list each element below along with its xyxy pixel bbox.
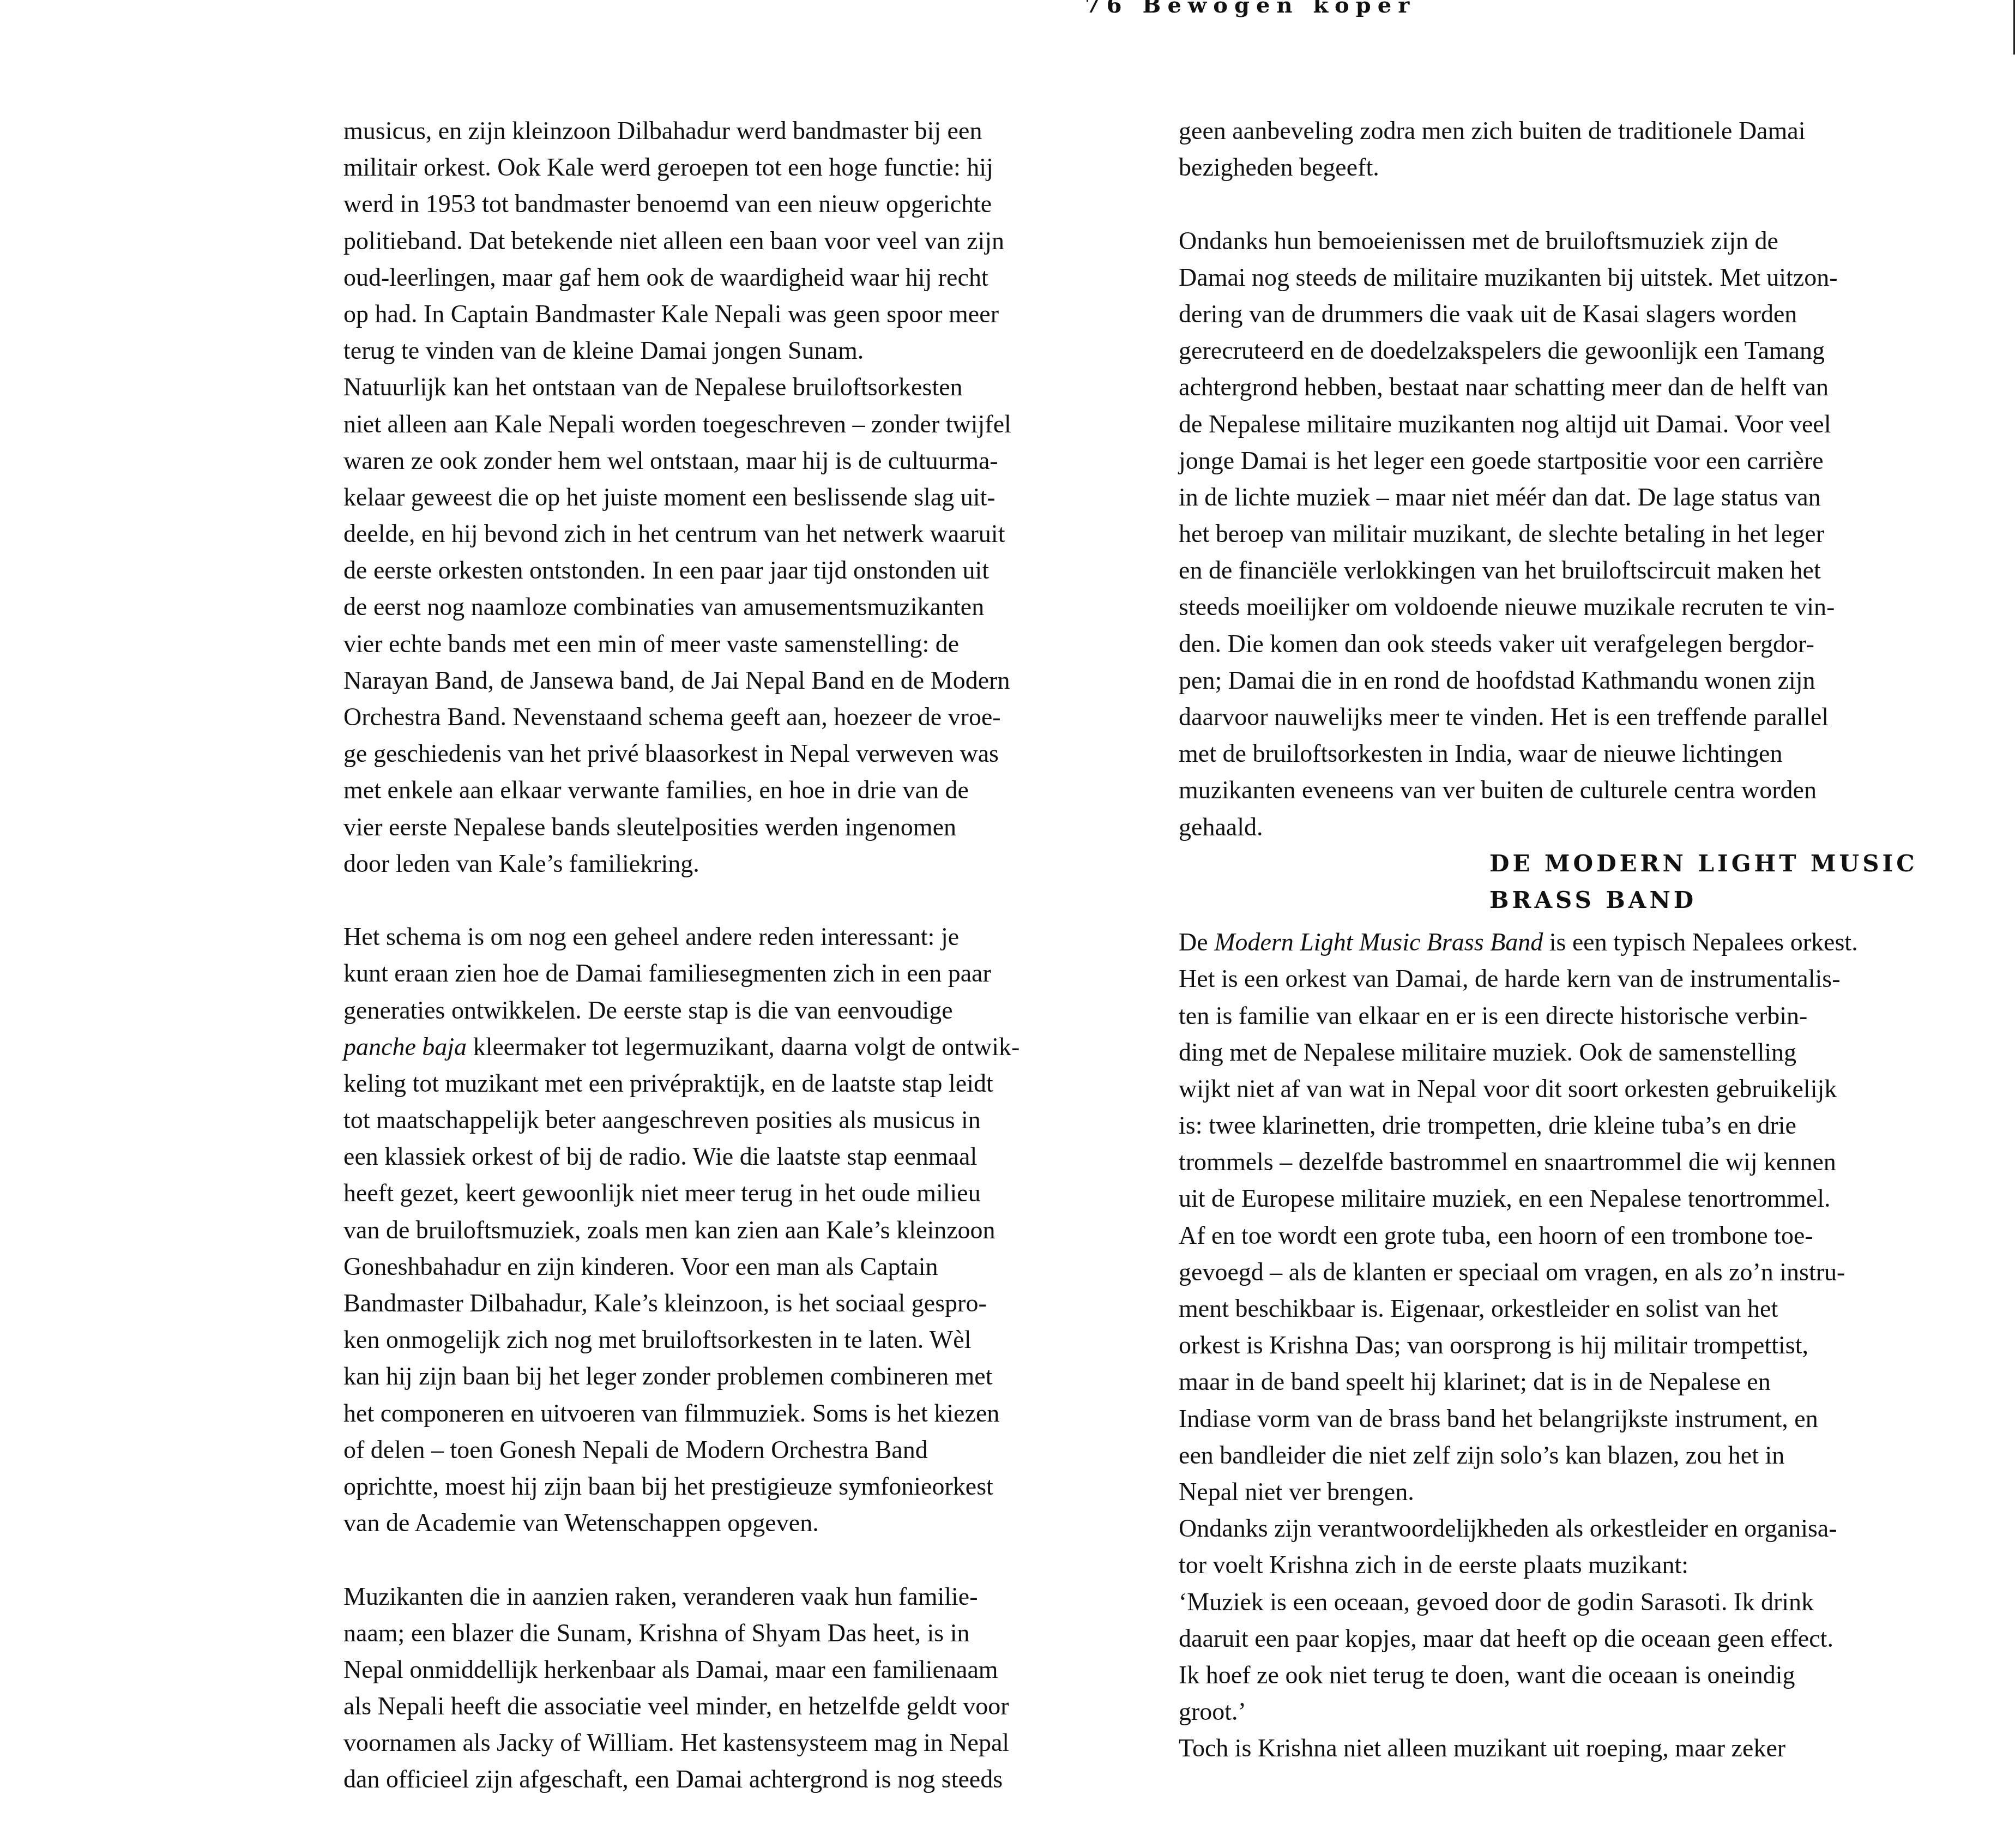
text-line: geen aanbeveling zodra men zich buiten d… xyxy=(1179,112,1964,149)
text-fragment: De xyxy=(1179,928,1214,956)
text-line: panche baja kleermaker tot legermuzikant… xyxy=(343,1028,1129,1065)
text-line: kunt eraan zien hoe de Damai familiesegm… xyxy=(343,955,1129,991)
text-line: met de bruiloftsorkesten in India, waar … xyxy=(1179,735,1964,772)
text-line: ge geschiedenis van het privé blaasorkes… xyxy=(343,735,1129,772)
italic-band-name: Modern Light Music Brass Band xyxy=(1214,928,1543,956)
text-line: ten is familie van elkaar en er is een d… xyxy=(1179,997,1964,1034)
text-line: een klassiek orkest of bij de radio. Wie… xyxy=(343,1138,1129,1175)
paragraph: geen aanbeveling zodra men zich buiten d… xyxy=(1179,112,1964,185)
text-line: heeft gezet, keert gewoonlijk niet meer … xyxy=(343,1175,1129,1211)
book-title: Bewogen koper xyxy=(1143,0,1416,18)
text-line: Damai nog steeds de militaire muzikanten… xyxy=(1179,259,1964,296)
text-line: met enkele aan elkaar verwante families,… xyxy=(343,772,1129,808)
text-line: de eerste orkesten ontstonden. In een pa… xyxy=(343,552,1129,588)
text-line: oud-leerlingen, maar gaf hem ook de waar… xyxy=(343,259,1129,296)
text-line: maar in de band speelt hij klarinet; dat… xyxy=(1179,1363,1964,1400)
text-line: Nepal niet ver brengen. xyxy=(1179,1473,1964,1510)
text-line: Orchestra Band. Nevenstaand schema geeft… xyxy=(343,699,1129,735)
text-line: het componeren en uitvoeren van filmmuzi… xyxy=(343,1395,1129,1431)
text-line: gerecruteerd en de doedelzakspelers die … xyxy=(1179,332,1964,369)
text-line: vier echte bands met een min of meer vas… xyxy=(343,625,1129,662)
text-line: Natuurlijk kan het ontstaan van de Nepal… xyxy=(343,369,1129,405)
section-heading-line: DE MODERN LIGHT MUSIC xyxy=(1179,845,1964,882)
text-line: orkest is Krishna Das; van oorsprong is … xyxy=(1179,1327,1964,1363)
text-line: dan officieel zijn afgeschaft, een Damai… xyxy=(343,1761,1129,1797)
quote: ‘Muziek is een oceaan, gevoed door de go… xyxy=(1179,1584,1964,1730)
text-line: het beroep van militair muzikant, de sle… xyxy=(1179,515,1964,552)
text-line: niet alleen aan Kale Nepali worden toege… xyxy=(343,406,1129,442)
paragraph: Toch is Krishna niet alleen muzikant uit… xyxy=(1179,1730,1964,1766)
right-column: geen aanbeveling zodra men zich buiten d… xyxy=(1179,112,1964,1766)
text-line: kan hij zijn baan bij het leger zonder p… xyxy=(343,1358,1129,1394)
paragraph: musicus, en zijn kleinzoon Dilbahadur we… xyxy=(343,112,1129,369)
text-line: militair orkest. Ook Kale werd geroepen … xyxy=(343,149,1129,185)
text-line: Muzikanten die in aanzien raken, verande… xyxy=(343,1578,1129,1615)
text-line: keling tot muzikant met een privépraktij… xyxy=(343,1065,1129,1101)
text-line: daarvoor nauwelijks meer te vinden. Het … xyxy=(1179,699,1964,735)
text-line: Bandmaster Dilbahadur, Kale’s kleinzoon,… xyxy=(343,1285,1129,1321)
paragraph: De Modern Light Music Brass Band is een … xyxy=(1179,924,1964,1510)
text-line: de Nepalese militaire muzikanten nog alt… xyxy=(1179,406,1964,442)
text-line: terug te vinden van de kleine Damai jong… xyxy=(343,332,1129,369)
section-heading-line: BRASS BAND xyxy=(1179,882,1964,918)
text-line: dering van de drummers die vaak uit de K… xyxy=(1179,296,1964,332)
text-line: vier eerste Nepalese bands sleutelpositi… xyxy=(343,809,1129,845)
paragraph-gap xyxy=(343,882,1129,918)
text-line: de eerst nog naamloze combinaties van am… xyxy=(343,588,1129,625)
text-line: steeds moeilijker om voldoende nieuwe mu… xyxy=(1179,588,1964,625)
text-line: gehaald. xyxy=(1179,809,1964,845)
text-line: Narayan Band, de Jansewa band, de Jai Ne… xyxy=(343,662,1129,699)
text-line: Het is een orkest van Damai, de harde ke… xyxy=(1179,960,1964,997)
text-line: Het schema is om nog een geheel andere r… xyxy=(343,918,1129,955)
text-line: trommels – dezelfde bastrommel en snaart… xyxy=(1179,1143,1964,1180)
text-line: op had. In Captain Bandmaster Kale Nepal… xyxy=(343,296,1129,332)
text-line: Ondanks zijn verantwoordelijkheden als o… xyxy=(1179,1510,1964,1546)
text-line: generaties ontwikkelen. De eerste stap i… xyxy=(343,992,1129,1028)
quote-line: ‘Muziek is een oceaan, gevoed door de go… xyxy=(1179,1584,1964,1620)
text-line: Goneshbahadur en zijn kinderen. Voor een… xyxy=(343,1248,1129,1285)
text-line: en de financiële verlokkingen van het br… xyxy=(1179,552,1964,588)
text-line: bezigheden begeeft. xyxy=(1179,149,1964,185)
text-fragment: is een typisch Nepalees orkest. xyxy=(1543,928,1857,956)
running-head: 76 Bewogen koper xyxy=(1085,0,1416,18)
section-heading: DE MODERN LIGHT MUSIC BRASS BAND xyxy=(1179,845,1964,918)
text-fragment: kleermaker tot legermuzikant, daarna vol… xyxy=(467,1033,1019,1061)
quote-line: daaruit een paar kopjes, maar dat heeft … xyxy=(1179,1620,1964,1657)
text-line: tot maatschappelijk beter aangeschreven … xyxy=(343,1101,1129,1138)
text-line: is: twee klarinetten, drie trompetten, d… xyxy=(1179,1107,1964,1143)
text-line: uit de Europese militaire muziek, en een… xyxy=(1179,1180,1964,1217)
paragraph-gap xyxy=(343,1541,1129,1578)
quote-line: Ik hoef ze ook niet terug te doen, want … xyxy=(1179,1657,1964,1693)
text-line: wijkt niet af van wat in Nepal voor dit … xyxy=(1179,1070,1964,1107)
text-line: den. Die komen dan ook steeds vaker uit … xyxy=(1179,625,1964,662)
paragraph: Muzikanten die in aanzien raken, verande… xyxy=(343,1578,1129,1798)
text-line: Af en toe wordt een grote tuba, een hoor… xyxy=(1179,1217,1964,1254)
text-line: oprichtte, moest hij zijn baan bij het p… xyxy=(343,1468,1129,1504)
paragraph: Natuurlijk kan het ontstaan van de Nepal… xyxy=(343,369,1129,882)
paragraph: Ondanks zijn verantwoordelijkheden als o… xyxy=(1179,1510,1964,1583)
text-line: De Modern Light Music Brass Band is een … xyxy=(1179,924,1964,960)
text-line: ken onmogelijk zich nog met bruiloftsork… xyxy=(343,1321,1129,1358)
text-line: naam; een blazer die Sunam, Krishna of S… xyxy=(343,1615,1129,1651)
text-line: of delen – toen Gonesh Nepali de Modern … xyxy=(343,1431,1129,1468)
text-line: achtergrond hebben, bestaat naar schatti… xyxy=(1179,369,1964,405)
text-line: werd in 1953 tot bandmaster benoemd van … xyxy=(343,185,1129,222)
text-line: pen; Damai die in en rond de hoofdstad K… xyxy=(1179,662,1964,699)
text-line: tor voelt Krishna zich in de eerste plaa… xyxy=(1179,1546,1964,1583)
italic-term: panche baja xyxy=(343,1033,467,1061)
text-line: jonge Damai is het leger een goede start… xyxy=(1179,442,1964,479)
text-line: als Nepali heeft die associatie veel min… xyxy=(343,1688,1129,1724)
paragraph: Het schema is om nog een geheel andere r… xyxy=(343,918,1129,1541)
paragraph: Ondanks hun bemoeienissen met de bruilof… xyxy=(1179,222,1964,845)
text-line: deelde, en hij bevond zich in het centru… xyxy=(343,515,1129,552)
left-column: musicus, en zijn kleinzoon Dilbahadur we… xyxy=(343,112,1129,1798)
text-line: van de bruiloftsmuziek, zoals men kan zi… xyxy=(343,1212,1129,1248)
text-line: Nepal onmiddellijk herkenbaar als Damai,… xyxy=(343,1651,1129,1688)
page-number: 76 xyxy=(1085,0,1129,18)
paragraph-gap xyxy=(1179,185,1964,222)
text-line: ding met de Nepalese militaire muziek. O… xyxy=(1179,1034,1964,1070)
text-line: Ondanks hun bemoeienissen met de bruilof… xyxy=(1179,222,1964,259)
heading-gap xyxy=(1179,918,1964,924)
text-line: van de Academie van Wetenschappen opgeve… xyxy=(343,1504,1129,1541)
text-line: voornamen als Jacky of William. Het kast… xyxy=(343,1724,1129,1761)
text-line: een bandleider die niet zelf zijn solo’s… xyxy=(1179,1437,1964,1473)
text-line: waren ze ook zonder hem wel ontstaan, ma… xyxy=(343,442,1129,479)
text-line: door leden van Kale’s familiekring. xyxy=(343,845,1129,882)
text-line: Indiase vorm van de brass band het belan… xyxy=(1179,1400,1964,1437)
text-line: politieband. Dat betekende niet alleen e… xyxy=(343,222,1129,259)
text-line: musicus, en zijn kleinzoon Dilbahadur we… xyxy=(343,112,1129,149)
quote-line: groot.’ xyxy=(1179,1693,1964,1730)
text-line: ment beschikbaar is. Eigenaar, orkestlei… xyxy=(1179,1290,1964,1327)
text-line: in de lichte muziek – maar niet méér dan… xyxy=(1179,479,1964,515)
text-line: muzikanten eveneens van ver buiten de cu… xyxy=(1179,772,1964,808)
text-line: Toch is Krishna niet alleen muzikant uit… xyxy=(1179,1730,1964,1766)
text-line: kelaar geweest die op het juiste moment … xyxy=(343,479,1129,515)
text-line: gevoegd – als de klanten er speciaal om … xyxy=(1179,1254,1964,1290)
